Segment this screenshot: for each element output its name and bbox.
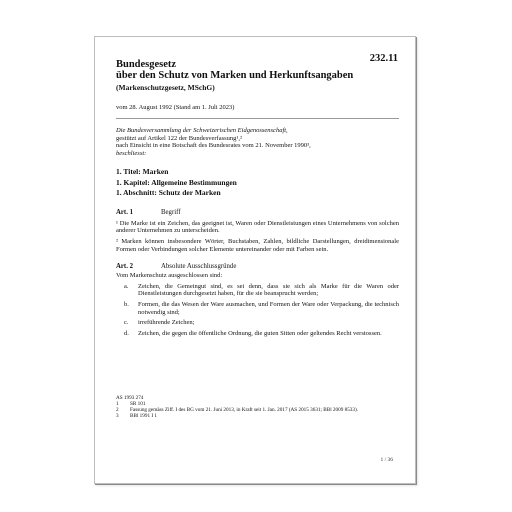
article-title: Begriff <box>161 209 181 217</box>
title-divider <box>116 118 399 119</box>
article-2: Art. 2 Absolute Ausschlussgründe Vom Mar… <box>116 263 399 337</box>
heading-section: 1. Abschnitt: Schutz der Marken <box>116 188 399 199</box>
list-text: irreführende Zeichen; <box>138 319 399 327</box>
article-number: Art. 1 <box>116 209 161 217</box>
article-title: Absolute Ausschlussgründe <box>161 263 236 271</box>
document-page: 232.11 Bundesgesetz über den Schutz von … <box>94 36 416 484</box>
exclusion-list: a. Zeichen, die Gemeingut sind, es sei d… <box>116 283 399 338</box>
article-number: Art. 2 <box>116 263 161 271</box>
article-paragraph: ¹ Die Marke ist ein Zeichen, das geeigne… <box>116 220 399 235</box>
list-letter: b. <box>116 301 138 316</box>
preamble-line-3: nach Einsicht in eine Botschaft des Bund… <box>116 142 399 150</box>
list-text: Zeichen, die gegen die öffentliche Ordnu… <box>138 330 399 338</box>
footnote-mark: 3 <box>116 413 130 419</box>
preamble-line-4: beschliesst: <box>116 150 399 158</box>
list-item: d. Zeichen, die gegen die öffentliche Or… <box>116 330 399 338</box>
preamble-line-2: gestützt auf Artikel 122 der Bundesverfa… <box>116 135 399 143</box>
list-letter: a. <box>116 283 138 298</box>
heading-title: 1. Titel: Marken <box>116 167 399 178</box>
article-1: Art. 1 Begriff ¹ Die Marke ist ein Zeich… <box>116 209 399 253</box>
footnote-text: BBl 1991 I 1 <box>130 413 399 419</box>
footnotes: AS 1993 274 1 SR 101 2 Fassung gemäss Zi… <box>116 395 399 419</box>
list-letter: d. <box>116 330 138 338</box>
title-line-3: (Markenschutzgesetz, MSchG) <box>116 82 399 93</box>
footnote: 3 BBl 1991 I 1 <box>116 413 399 419</box>
list-item: a. Zeichen, die Gemeingut sind, es sei d… <box>116 283 399 298</box>
list-item: c. irreführende Zeichen; <box>116 319 399 327</box>
title-line-2: über den Schutz von Marken und Herkunfts… <box>116 70 399 81</box>
article-intro: Vom Markenschutz ausgeschlossen sind: <box>116 272 399 280</box>
list-text: Zeichen, die Gemeingut sind, es sei denn… <box>138 283 399 298</box>
preamble: Die Bundesversammlung der Schweizerische… <box>116 127 399 157</box>
heading-chapter: 1. Kapitel: Allgemeine Bestimmungen <box>116 178 399 189</box>
title-line-1: Bundesgesetz <box>116 59 399 70</box>
preamble-line-1: Die Bundesversammlung der Schweizerische… <box>116 127 399 135</box>
article-paragraph: ² Marken können insbesondere Wörter, Buc… <box>116 238 399 253</box>
article-heading: Art. 2 Absolute Ausschlussgründe <box>116 263 399 271</box>
list-text: Formen, die das Wesen der Ware ausmachen… <box>138 301 399 316</box>
section-headings: 1. Titel: Marken 1. Kapitel: Allgemeine … <box>116 167 399 199</box>
article-heading: Art. 1 Begriff <box>116 209 399 217</box>
page-number: 1 / 36 <box>380 457 393 463</box>
page-content: Bundesgesetz über den Schutz von Marken … <box>116 57 399 337</box>
list-letter: c. <box>116 319 138 327</box>
list-item: b. Formen, die das Wesen der Ware ausmac… <box>116 301 399 316</box>
date-line: vom 28. August 1992 (Stand am 1. Juli 20… <box>116 104 399 112</box>
